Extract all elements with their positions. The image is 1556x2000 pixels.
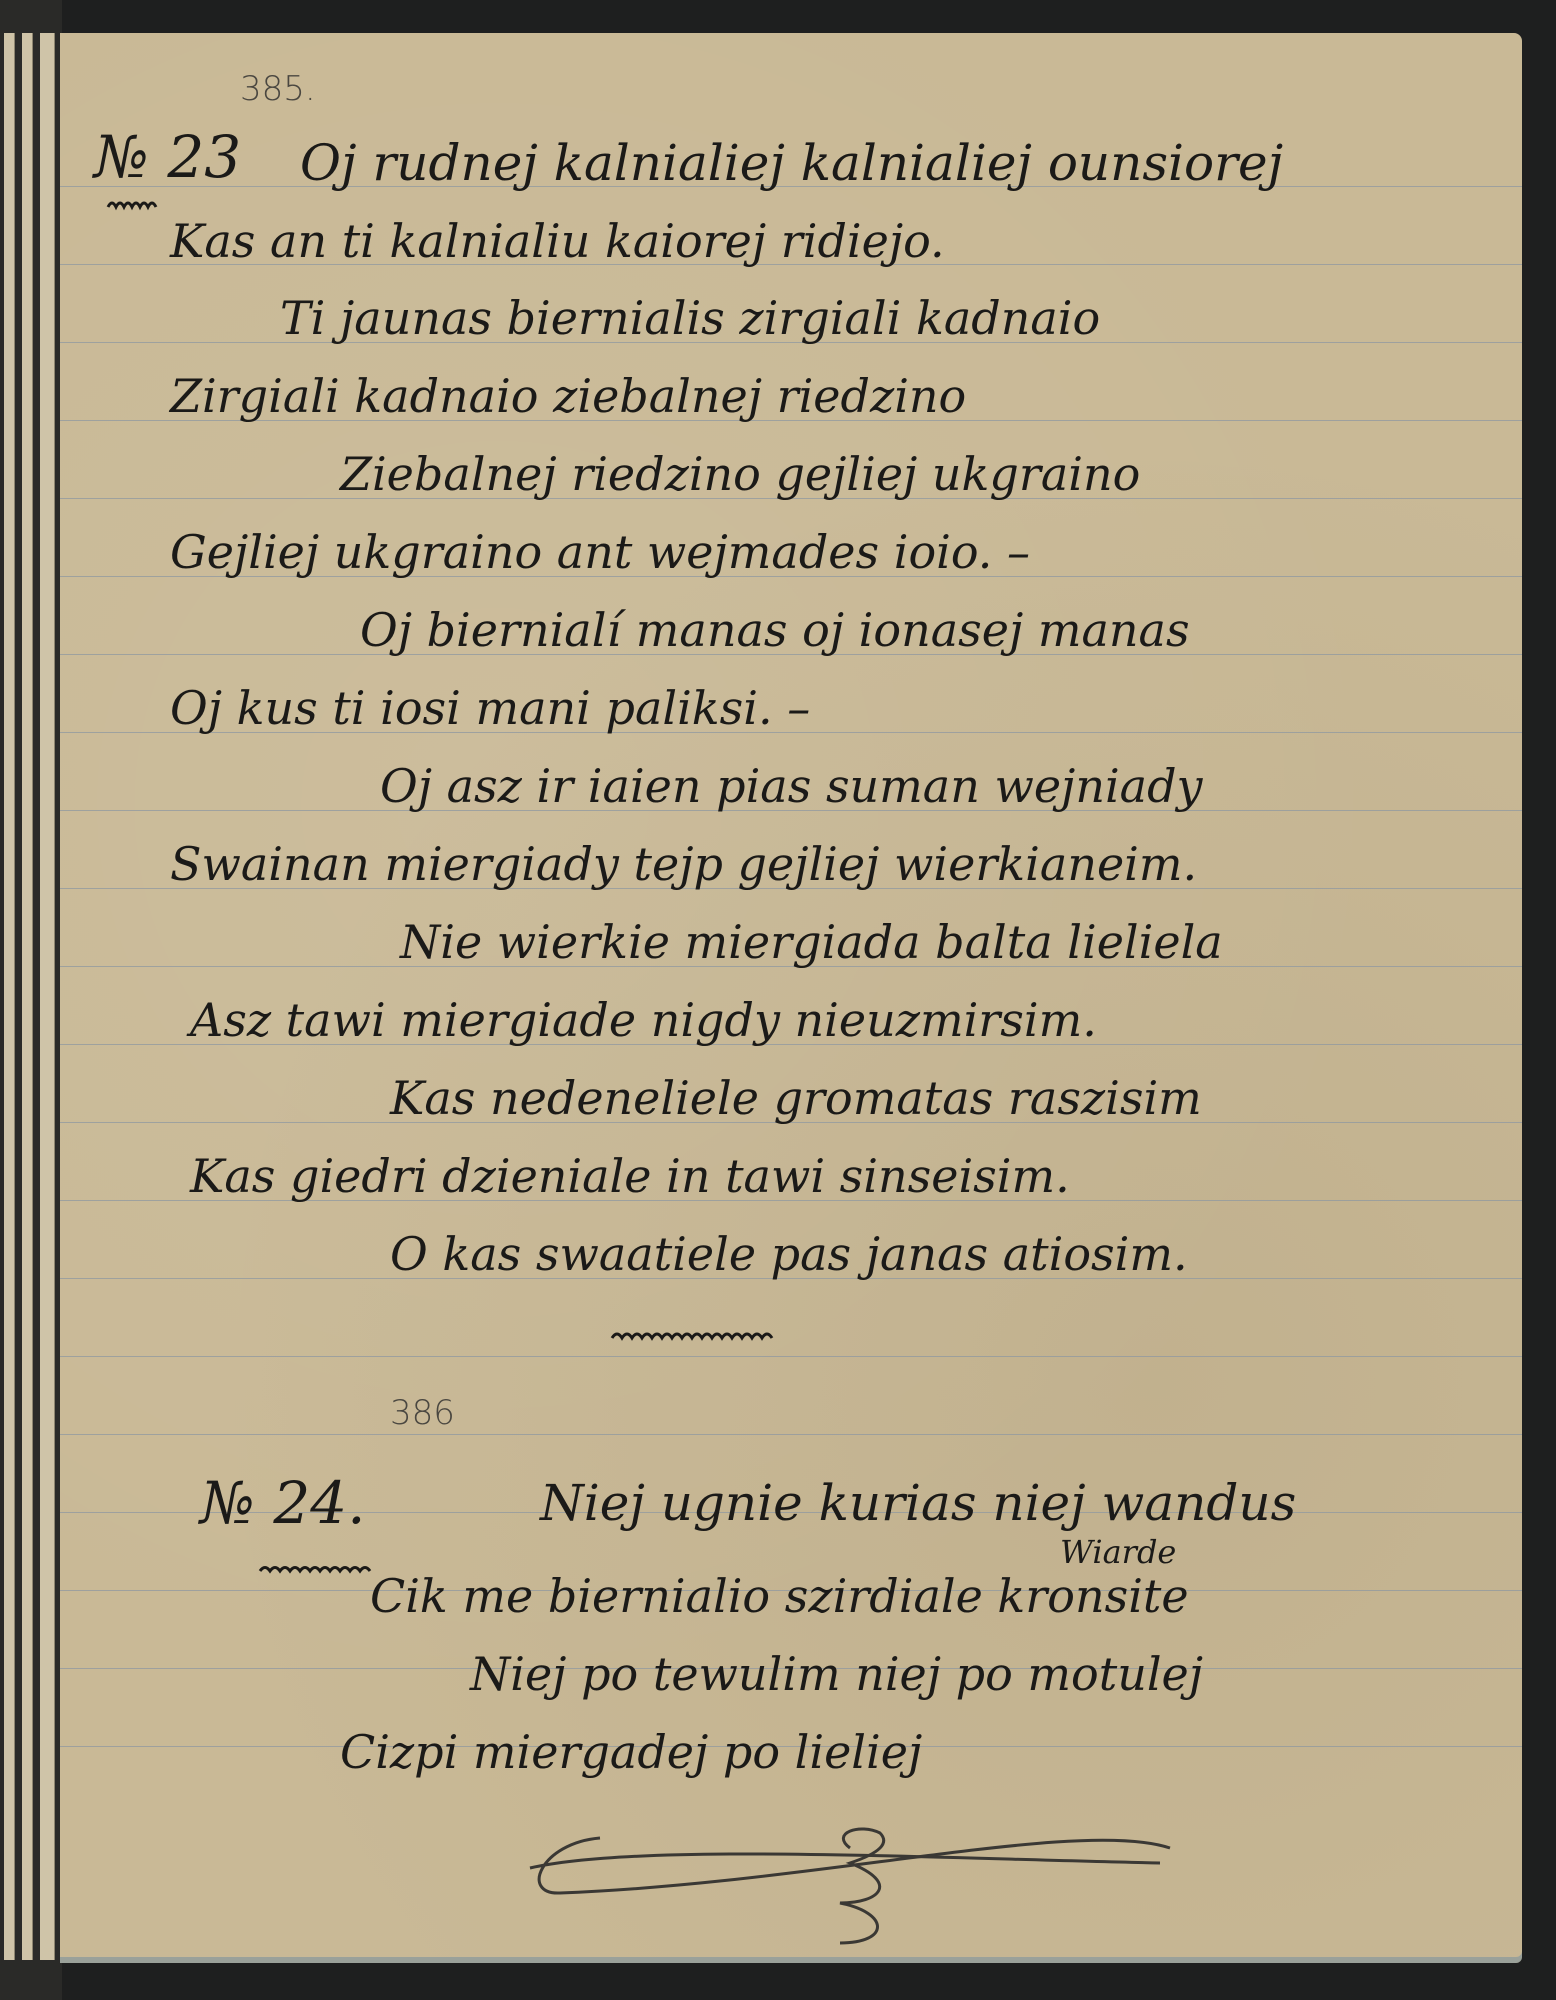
end-flourish bbox=[520, 1823, 1240, 1963]
song-line: Niej ugnie kurias niej wandus bbox=[540, 1478, 1296, 1528]
song-line: Kas nedeneliele gromatas raszisim bbox=[390, 1075, 1202, 1121]
ruled-line bbox=[60, 1434, 1522, 1435]
song-line: Ziebalnej riedzino gejliej ukgraino bbox=[340, 451, 1140, 497]
underline-squiggle bbox=[106, 197, 166, 211]
song-line: O kas swaatiele pas janas atiosim. bbox=[390, 1231, 1188, 1277]
notebook-binding bbox=[0, 0, 62, 2000]
song-line: Oj rudnej kalnialiej kalnialiej ounsiore… bbox=[300, 138, 1283, 188]
page-edge bbox=[40, 33, 55, 1960]
section-divider-squiggle bbox=[610, 1328, 780, 1344]
notebook-page: 385. № 23 Oj rudnej kalnialiej kalnialie… bbox=[60, 33, 1522, 1963]
page-number: 385. bbox=[240, 69, 316, 109]
song-line: Zirgiali kadnaio ziebalnej riedzino bbox=[170, 373, 966, 419]
song-line: Nie wierkie miergiada balta lieliela bbox=[400, 919, 1223, 965]
song-line: Niej po tewulim niej po motulej bbox=[470, 1651, 1203, 1697]
interlinear-correction: Wiarde bbox=[1060, 1536, 1176, 1568]
song-number: № 23 bbox=[94, 123, 241, 191]
song-line: Oj kus ti iosi mani paliksi. – bbox=[170, 685, 810, 731]
song-line: Oj asz ir iaien pias suman wejniady bbox=[380, 763, 1203, 809]
song-number: № 24. bbox=[200, 1469, 366, 1537]
underline-squiggle bbox=[258, 1563, 378, 1579]
song-line: Kas giedri dzieniale in tawi sinseisim. bbox=[190, 1153, 1070, 1199]
song-line: Ti jaunas biernialis zirgiali kadnaio bbox=[280, 295, 1100, 341]
song-line: Gejliej ukgraino ant wejmades ioio. – bbox=[170, 529, 1030, 575]
ruled-line bbox=[60, 1356, 1522, 1357]
page-edge bbox=[4, 33, 15, 1960]
song-line: Oj biernialí manas oj ionasej manas bbox=[360, 607, 1190, 653]
song-line: Swainan miergiady tejp gejliej wierkiane… bbox=[170, 841, 1197, 887]
song-line: Asz tawi miergiade nigdy nieuzmirsim. bbox=[190, 997, 1097, 1043]
song-line: Kas an ti kalnialiu kaiorej ridiejo. bbox=[170, 218, 945, 264]
song-line: Cizpi miergadej po lieliej bbox=[340, 1729, 922, 1775]
page-edge bbox=[22, 33, 33, 1960]
page-number: 386 bbox=[390, 1393, 455, 1433]
song-line: Cik me biernialio szirdiale kronsite bbox=[370, 1573, 1189, 1619]
